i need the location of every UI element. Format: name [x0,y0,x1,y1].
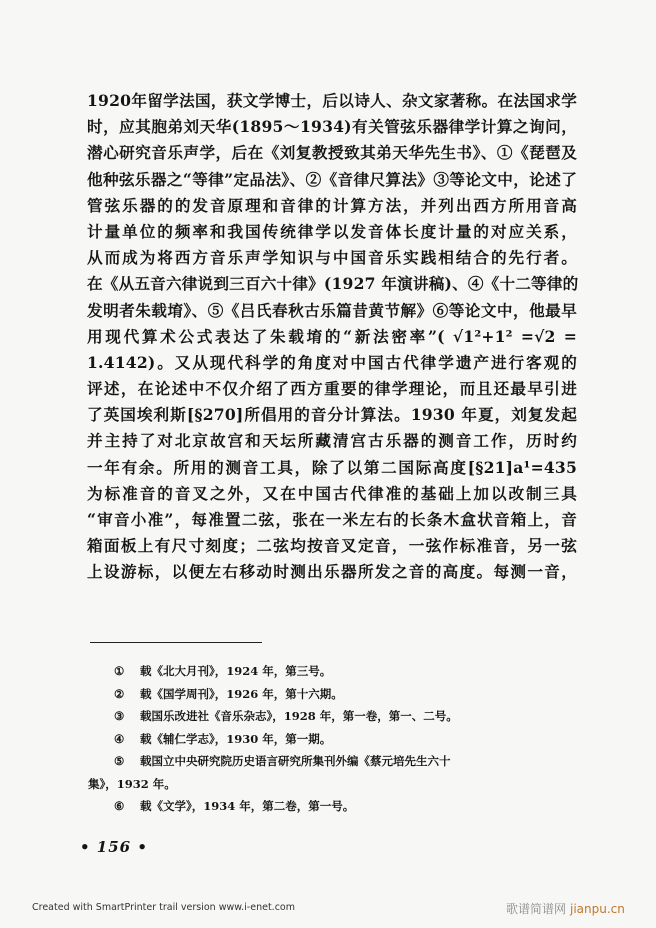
page-number: • 156 • [80,838,148,856]
text-line: 他种弦乐器之“等律”定品法》、②《音律尺算法》③等论文中，论述了 [87,167,577,193]
text-line: 并主持了对北京故宫和天坛所藏清宫古乐器的测音工作，历时约 [87,428,577,454]
text-line: 上设游标，以便左右移动时测出乐器所发之音的高度。每测一音， [87,559,577,585]
footnote-continuation: 集》，1932 年。 [88,773,528,796]
footnote-number: ③ [114,705,140,728]
footnote-divider [90,642,262,643]
text-line: 1920年留学法国，获文学博士，后以诗人、杂文家著称。在法国求学 [87,88,577,114]
text-line: 一年有余。所用的测音工具，除了以第二国际高度[§21]a¹=435 [87,455,577,481]
footnote-item: ⑤载国立中央研究院历史语言研究所集刊外编《蔡元培先生六十 [88,750,528,773]
text-line: 发明者朱载堉》、⑤《吕氏春秋古乐篇昔黄节解》⑥等论文中，他最早 [87,298,577,324]
text-line: “审音小准”，每准置二弦，张在一米左右的长条木盒状音箱上，音 [87,507,577,533]
text-line: 了英国埃利斯[§270]所倡用的音分计算法。1930 年夏，刘复发起 [87,402,577,428]
footnote-item: ③载国乐改进社《音乐杂志》，1928 年，第一卷，第一、二号。 [88,705,528,728]
footnote-number: ⑥ [114,795,140,818]
text-line: 计量单位的频率和我国传统律学以发音体长度计量的对应关系， [87,219,577,245]
text-line: 1.4142)。又从现代科学的角度对中国古代律学遗产进行客观的 [87,350,577,376]
footnote-text: 载国乐改进社《音乐杂志》，1928 年，第一卷，第一、二号。 [140,709,458,723]
text-line: 评述，在论述中不仅介绍了西方重要的律学理论，而且还最早引进 [87,376,577,402]
footnotes: ①载《北大月刊》，1924 年，第三号。 ②载《国学周刊》，1926 年，第十六… [88,660,528,818]
text-line: 潜心研究音乐声学，后在《刘复教授致其弟天华先生书》、①《琵琶及 [87,140,577,166]
footnote-text: 载《文学》，1934 年，第二卷，第一号。 [140,799,354,813]
footnote-item: ①载《北大月刊》，1924 年，第三号。 [88,660,528,683]
footnote-item: ⑥载《文学》，1934 年，第二卷，第一号。 [88,795,528,818]
document-page: 1920年留学法国，获文学博士，后以诗人、杂文家著称。在法国求学 时，应其胞弟刘… [0,0,656,928]
text-line: 在《从五音六律说到三百六十律》(1927 年演讲稿)、④《十二等律的 [87,271,577,297]
text-line: 从而成为将西方音乐声学知识与中国音乐实践相结合的先行者。 [87,245,577,271]
footnote-number: ① [114,660,140,683]
text-line: 时，应其胞弟刘天华(1895～1934)有关管弦乐器律学计算之询问， [87,114,577,140]
text-line: 用现代算术公式表达了朱载堉的“新法密率”( √1²+1² =√2 = [87,324,577,350]
site-watermark-cn: 歌谱简谱网 [506,902,566,916]
footnote-item: ④载《辅仁学志》，1930 年，第一期。 [88,728,528,751]
footnote-number: ② [114,683,140,706]
footnote-number: ④ [114,728,140,751]
footnote-item: ②载《国学周刊》，1926 年，第十六期。 [88,683,528,706]
site-watermark: 歌谱简谱网jianpu.cn [506,900,625,917]
footnote-number: ⑤ [114,750,140,773]
text-line: 为标准音的音叉之外，又在中国古代律准的基础上加以改制三具 [87,481,577,507]
body-text: 1920年留学法国，获文学博士，后以诗人、杂文家著称。在法国求学 时，应其胞弟刘… [87,88,577,586]
footnote-text: 载《国学周刊》，1926 年，第十六期。 [140,687,343,701]
site-watermark-url: jianpu.cn [570,902,625,916]
text-line: 管弦乐器的的发音原理和音律的计算方法，并列出西方所用音高 [87,193,577,219]
footnote-text: 载国立中央研究院历史语言研究所集刊外编《蔡元培先生六十 [140,754,451,768]
footnote-text: 载《辅仁学志》，1930 年，第一期。 [140,732,331,746]
printer-watermark: Created with SmartPrinter trail version … [32,902,295,913]
text-line: 箱面板上有尺寸刻度；二弦均按音叉定音，一弦作标准音，另一弦 [87,533,577,559]
footnote-text: 载《北大月刊》，1924 年，第三号。 [140,664,331,678]
